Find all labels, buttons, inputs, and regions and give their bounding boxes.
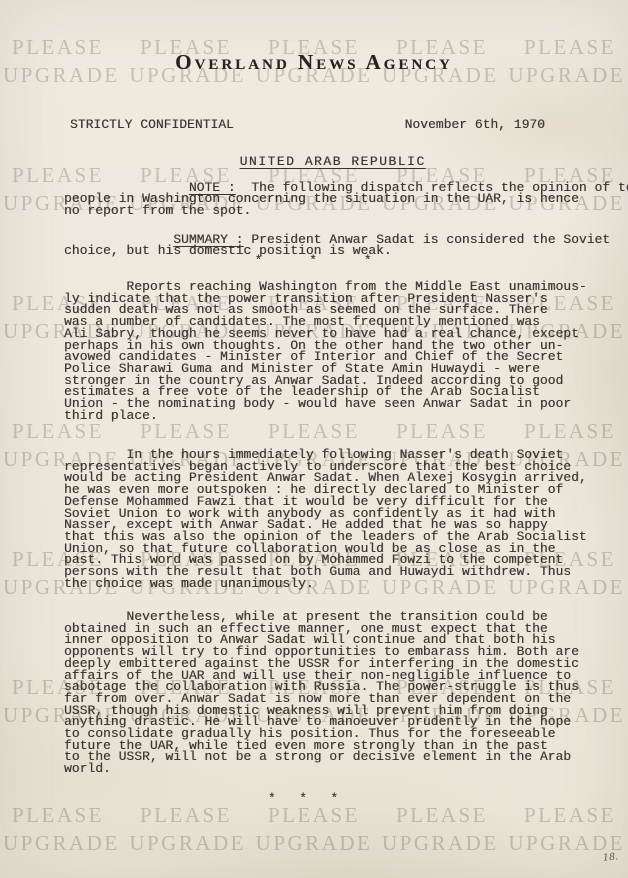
note-paragraph: NOTE : The following dispatch reflects t… (64, 170, 628, 229)
body-paragraph-1: Reports reaching Washington from the Mid… (64, 281, 587, 421)
body-paragraph-3: Nevertheless, while at present the trans… (64, 611, 579, 775)
classification-label: STRICTLY CONFIDENTIAL (70, 119, 234, 131)
meta-row: STRICTLY CONFIDENTIAL November 6th, 1970 (70, 119, 545, 131)
handwritten-page-number: 18. (602, 851, 618, 864)
asterisk-separator-top: * * * (0, 255, 628, 267)
document-title-text: UNITED ARAB REPUBLIC (240, 154, 426, 169)
date-label: November 6th, 1970 (405, 119, 545, 131)
watermark-row-please: PLEASEPLEASEPLEASEPLEASEPLEASE (0, 420, 628, 442)
body-paragraph-2: In the hours immediately following Nasse… (64, 449, 587, 589)
watermark-row-please: PLEASEPLEASEPLEASEPLEASEPLEASE (0, 804, 628, 826)
agency-title: Overland News Agency (0, 50, 628, 75)
watermark-row-upgrade: UPGRADEUPGRADEUPGRADEUPGRADEUPGRADE (0, 832, 628, 854)
asterisk-separator-bottom: * * * (0, 793, 628, 805)
document-page: Overland News Agency STRICTLY CONFIDENTI… (0, 0, 628, 878)
